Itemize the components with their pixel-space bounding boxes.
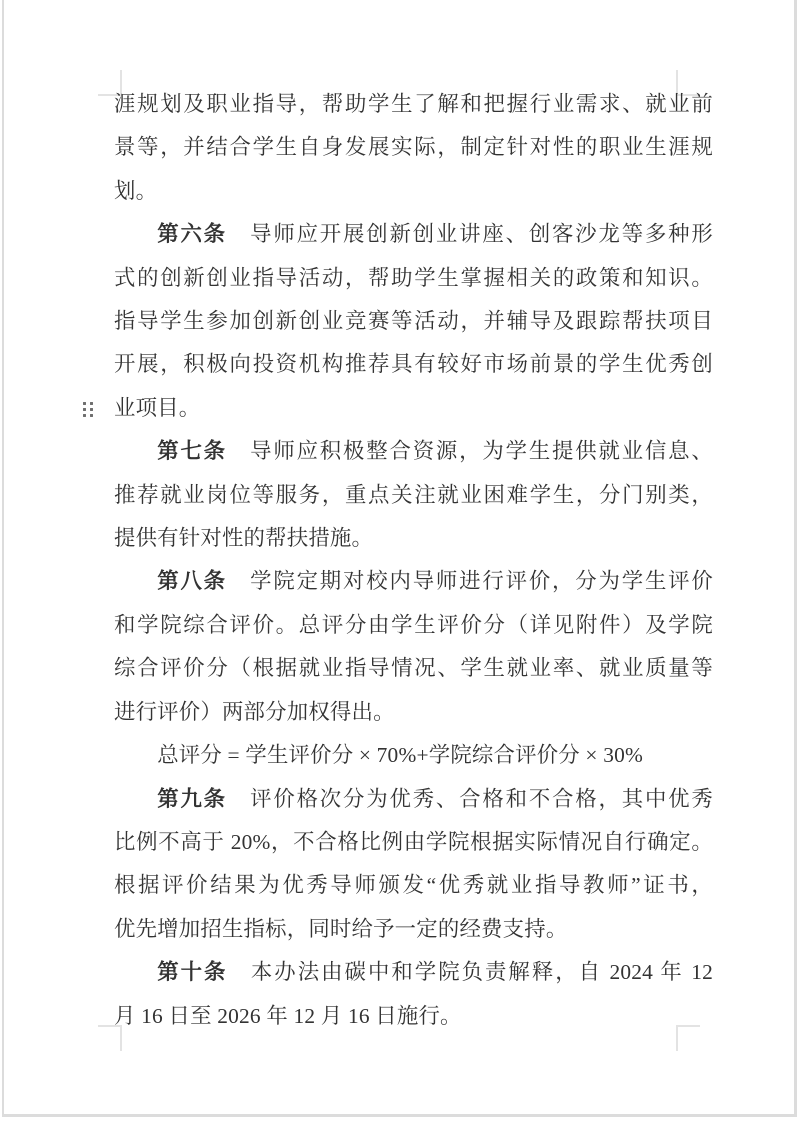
text-line: 第十条 本办法由碳中和学院负责解释，自 2024 年 12 — [114, 951, 713, 994]
text-line: 推荐就业岗位等服务，重点关注就业困难学生，分门别类， — [114, 474, 713, 517]
text-line: 指导学生参加创新创业竞赛等活动，并辅导及跟踪帮扶项目 — [114, 300, 713, 343]
paragraph: 第九条 评价格次分为优秀、合格和不合格，其中优秀比例不高于 20%，不合格比例由… — [114, 778, 713, 952]
text-line: 划。 — [114, 170, 713, 213]
paragraph: 涯规划及职业指导，帮助学生了解和把握行业需求、就业前景等，并结合学生自身发展实际… — [114, 83, 713, 213]
article-number: 第七条 — [157, 439, 227, 463]
text-line: 根据评价结果为优秀导师颁发“优秀就业指导教师”证书， — [114, 864, 713, 907]
article-number: 第八条 — [157, 569, 227, 593]
article-number: 第十条 — [157, 960, 227, 984]
text-line: 业项目。 — [114, 387, 713, 430]
paragraph: 总评分 = 学生评价分 × 70%+学院综合评价分 × 30% — [114, 734, 713, 777]
text-line: 景等，并结合学生自身发展实际，制定针对性的职业生涯规 — [114, 126, 713, 169]
drag-handle-icon[interactable] — [83, 402, 93, 417]
text-line: 提供有针对性的帮扶措施。 — [114, 517, 713, 560]
paragraph: 第八条 学院定期对校内导师进行评价，分为学生评价和学院综合评价。总评分由学生评价… — [114, 560, 713, 734]
paragraph: 第六条 导师应开展创新创业讲座、创客沙龙等多种形式的创新创业指导活动，帮助学生掌… — [114, 213, 713, 430]
text-body: 涯规划及职业指导，帮助学生了解和把握行业需求、就业前景等，并结合学生自身发展实际… — [114, 83, 713, 1038]
text-line: 比例不高于 20%，不合格比例由学院根据实际情况自行确定。 — [114, 821, 713, 864]
document-page: 涯规划及职业指导，帮助学生了解和把握行业需求、就业前景等，并结合学生自身发展实际… — [0, 0, 798, 1123]
text-line: 第六条 导师应开展创新创业讲座、创客沙龙等多种形 — [114, 213, 713, 256]
article-number: 第九条 — [157, 787, 227, 811]
text-line: 第七条 导师应积极整合资源，为学生提供就业信息、 — [114, 430, 713, 473]
text-line: 月 16 日至 2026 年 12 月 16 日施行。 — [114, 995, 713, 1038]
paragraph: 第七条 导师应积极整合资源，为学生提供就业信息、推荐就业岗位等服务，重点关注就业… — [114, 430, 713, 560]
page-edge-left — [2, 0, 4, 1116]
text-line: 综合评价分（根据就业指导情况、学生就业率、就业质量等 — [114, 647, 713, 690]
article-number: 第六条 — [157, 222, 227, 246]
text-line: 和学院综合评价。总评分由学生评价分（详见附件）及学院 — [114, 604, 713, 647]
text-line: 总评分 = 学生评价分 × 70%+学院综合评价分 × 30% — [114, 734, 713, 777]
text-line: 第八条 学院定期对校内导师进行评价，分为学生评价 — [114, 560, 713, 603]
text-line: 第九条 评价格次分为优秀、合格和不合格，其中优秀 — [114, 778, 713, 821]
paragraph: 第十条 本办法由碳中和学院负责解释，自 2024 年 12月 16 日至 202… — [114, 951, 713, 1038]
page-edge-bottom — [2, 1114, 797, 1117]
text-line: 优先增加招生指标，同时给予一定的经费支持。 — [114, 908, 713, 951]
page-edge-right — [794, 0, 797, 1116]
text-line: 涯规划及职业指导，帮助学生了解和把握行业需求、就业前 — [114, 83, 713, 126]
text-line: 进行评价）两部分加权得出。 — [114, 691, 713, 734]
text-line: 开展，积极向投资机构推荐具有较好市场前景的学生优秀创 — [114, 343, 713, 386]
text-line: 式的创新创业指导活动，帮助学生掌握相关的政策和知识。 — [114, 257, 713, 300]
